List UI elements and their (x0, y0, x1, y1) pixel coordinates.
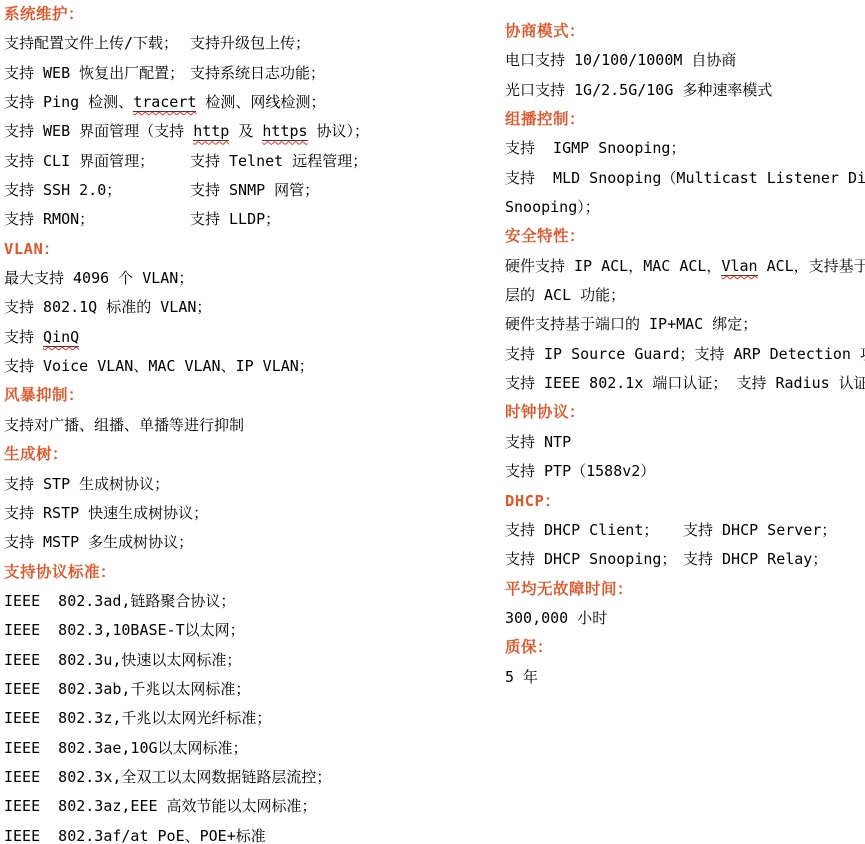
line-part-2: 支持 Radius 认证； (736, 374, 865, 392)
text-run: IEEE 802.3x,全双工以太网数据链路层流控； (4, 768, 331, 786)
section-title: 安全特性： (505, 222, 865, 251)
text-run: 支持 Radius 认证； (736, 374, 865, 392)
text-run: 协议）； (308, 122, 370, 140)
text-run: 支持 SNMP 网管； (190, 181, 319, 199)
line-part-2: 支持 DHCP Relay； (683, 550, 827, 568)
line-part-2: 支持 SNMP 网管； (190, 181, 319, 199)
text-run: 5 年 (505, 668, 538, 686)
underlined-term: PoE (158, 827, 185, 844)
text-run: IEEE 802.3z,千兆以太网光纤标准； (4, 709, 271, 727)
text-run: 支持 Telnet 远程管理； (190, 152, 367, 170)
text-run: 支持 DHCP Snooping； (505, 550, 676, 568)
line-part-1: 支持 DHCP Snooping； (505, 545, 683, 574)
text-run: IEEE 802.3ab,千兆以太网标准； (4, 680, 250, 698)
column-left: 系统维护：支持配置文件上传/下载；支持升级包上传；支持 WEB 恢复出厂配置；支… (4, 0, 452, 844)
text-run: 支持升级包上传； (190, 34, 310, 52)
spec-line: 电口支持 10/100/1000M 自协商 (505, 46, 865, 75)
text-run: 支持 LLDP； (190, 210, 280, 228)
spec-line: 支持 STP 生成树协议； (4, 470, 452, 499)
text-run: 硬件支持基于端口的 IP+MAC 绑定； (505, 315, 757, 333)
section-title: 平均无故障时间： (505, 575, 865, 604)
spec-line: 支持 CLI 界面管理；支持 Telnet 远程管理； (4, 147, 452, 176)
text-run: 支持 DHCP Relay； (683, 550, 827, 568)
text-run: 支持 IGMP Snooping； (505, 139, 685, 157)
text-run: IEEE 802.3az,EEE 高效节能以太网标准； (4, 797, 317, 815)
text-run: 支持 IEEE 802.1x 端口认证； (505, 374, 736, 392)
spec-line: 硬件支持基于端口的 IP+MAC 绑定； (505, 310, 865, 339)
line-part-2: 支持系统日志功能； (190, 64, 325, 82)
column-right: 协商模式：电口支持 10/100/1000M 自协商光口支持 1G/2.5G/1… (505, 17, 865, 692)
spec-line: IEEE 802.3,10BASE-T以太网； (4, 616, 452, 645)
text-run: 支持 WEB 恢复出厂配置； (4, 64, 184, 82)
text-run: 支持 STP 生成树协议； (4, 475, 169, 493)
text-run: 支持 MLD Snooping（Multicast Listener Disco… (505, 169, 865, 187)
underlined-term: Vlan (721, 257, 757, 276)
text-run: 支持 IP Source Guard； (505, 345, 695, 363)
spec-line: 支持 WEB 恢复出厂配置；支持系统日志功能； (4, 59, 452, 88)
text-run: 支持系统日志功能； (190, 64, 325, 82)
line-part-1: 支持 IEEE 802.1x 端口认证； (505, 369, 736, 398)
text-run: 支持 DHCP Server； (683, 521, 836, 539)
text-run: 支持 (4, 328, 43, 346)
section-title: 组播控制： (505, 105, 865, 134)
line-part-1: 支持 WEB 恢复出厂配置； (4, 59, 190, 88)
line-part-1: 支持 SSH 2.0； (4, 176, 190, 205)
spec-line: 支持 DHCP Client；支持 DHCP Server； (505, 516, 865, 545)
line-part-2: 支持 LLDP； (190, 210, 280, 228)
spec-line: IEEE 802.3az,EEE 高效节能以太网标准； (4, 792, 452, 821)
section-title: 系统维护： (4, 0, 452, 29)
text-run: 支持 RMON； (4, 210, 94, 228)
text-run: 300,000 小时 (505, 609, 607, 627)
text-run: ACL，支持基于三、四 (758, 257, 865, 275)
spec-line: 硬件支持 IP ACL，MAC ACL，Vlan ACL，支持基于三、四 (505, 252, 865, 281)
text-run: 支持对广播、组播、单播等进行抑制 (4, 416, 244, 434)
spec-line: 300,000 小时 (505, 604, 865, 633)
spec-line: 光口支持 1G/2.5G/10G 多种速率模式 (505, 76, 865, 105)
spec-line: Snooping）； (505, 193, 865, 222)
spec-line: 支持 MSTP 多生成树协议； (4, 528, 452, 557)
section-title: 支持协议标准： (4, 558, 452, 587)
spec-line: IEEE 802.3z,千兆以太网光纤标准； (4, 704, 452, 733)
section-title: 协商模式： (505, 17, 865, 46)
spec-line: 支持 802.1Q 标准的 VLAN； (4, 293, 452, 322)
underlined-term: tracert (133, 93, 196, 112)
text-run: 支持 CLI 界面管理； (4, 152, 154, 170)
line-part-1: 支持 CLI 界面管理； (4, 147, 190, 176)
section-title: 风暴抑制： (4, 381, 452, 410)
text-run: IEEE 802.3ae,10G以太网标准； (4, 739, 248, 757)
line-part-2: 支持 ARP Detection 功能； (695, 345, 865, 363)
text-run: 检测、网线检测； (196, 93, 325, 111)
line-part-1: 支持 RMON； (4, 205, 190, 234)
spec-line: 支持 IEEE 802.1x 端口认证； 支持 Radius 认证； (505, 369, 865, 398)
text-run: 硬件支持 IP ACL，MAC ACL， (505, 257, 721, 275)
text-run: 支持配置文件上传/下载； (4, 34, 178, 52)
line-part-2: 支持 Telnet 远程管理； (190, 152, 367, 170)
text-run: 层的 ACL 功能； (505, 286, 625, 304)
spec-line: 支持 SSH 2.0；支持 SNMP 网管； (4, 176, 452, 205)
text-run: 支持 SSH 2.0； (4, 181, 121, 199)
spec-line: 支持 Voice VLAN、MAC VLAN、IP VLAN； (4, 352, 452, 381)
line-part-1: 支持 IP Source Guard； (505, 340, 695, 369)
spec-line: IEEE 802.3ad,链路聚合协议； (4, 587, 452, 616)
spec-line: IEEE 802.3x,全双工以太网数据链路层流控； (4, 763, 452, 792)
spec-line: 支持 Ping 检测、tracert 检测、网线检测； (4, 88, 452, 117)
spec-line: 支持对广播、组播、单播等进行抑制 (4, 411, 452, 440)
text-run: 支持 WEB 界面管理（支持 (4, 122, 193, 140)
text-run: IEEE 802.3,10BASE-T以太网； (4, 621, 245, 639)
spec-line: 支持 QinQ (4, 323, 452, 352)
spec-line: IEEE 802.3af/at PoE、POE+标准 (4, 822, 452, 844)
text-run: 最大支持 4096 个 VLAN； (4, 269, 193, 287)
spec-line: 最大支持 4096 个 VLAN； (4, 264, 452, 293)
section-title: 时钟协议： (505, 398, 865, 427)
section-title: DHCP： (505, 487, 865, 516)
spec-line: 支持 RMON；支持 LLDP； (4, 205, 452, 234)
spec-line: 支持 MLD Snooping（Multicast Listener Disco… (505, 164, 865, 193)
spec-line: 5 年 (505, 663, 865, 692)
section-title: 质保： (505, 633, 865, 662)
spec-line: 支持 IP Source Guard；支持 ARP Detection 功能； (505, 340, 865, 369)
text-run: IEEE 802.3af/at (4, 827, 158, 844)
text-run: 支持 DHCP Client； (505, 521, 658, 539)
line-part-2: 支持升级包上传； (190, 34, 310, 52)
text-run: 支持 Ping 检测、 (4, 93, 133, 111)
spec-line: 层的 ACL 功能； (505, 281, 865, 310)
text-run: 支持 Voice VLAN、MAC VLAN、IP VLAN； (4, 357, 314, 375)
text-run: 支持 ARP Detection 功能； (695, 345, 865, 363)
text-run: 支持 PTP（1588v2） (505, 462, 655, 480)
spec-line: IEEE 802.3u,快速以太网标准； (4, 646, 452, 675)
underlined-term: QinQ (43, 328, 79, 347)
spec-line: IEEE 802.3ae,10G以太网标准； (4, 734, 452, 763)
spec-line: 支持 NTP (505, 428, 865, 457)
line-part-1: 支持 DHCP Client； (505, 516, 683, 545)
text-run: 支持 RSTP 快速生成树协议； (4, 504, 208, 522)
text-run: 光口支持 1G/2.5G/10G 多种速率模式 (505, 81, 772, 99)
line-part-1: 支持配置文件上传/下载； (4, 29, 190, 58)
spec-line: IEEE 802.3ab,千兆以太网标准； (4, 675, 452, 704)
spec-line: 支持 WEB 界面管理（支持 http 及 https 协议）； (4, 117, 452, 146)
text-run: 电口支持 10/100/1000M 自协商 (505, 51, 736, 69)
underlined-term: https (262, 122, 307, 141)
spec-line: 支持 DHCP Snooping；支持 DHCP Relay； (505, 545, 865, 574)
text-run: IEEE 802.3ad,链路聚合协议； (4, 592, 235, 610)
text-run: 支持 NTP (505, 433, 571, 451)
section-title: VLAN： (4, 235, 452, 264)
line-part-2: 支持 DHCP Server； (683, 521, 836, 539)
spec-line: 支持 IGMP Snooping； (505, 134, 865, 163)
section-title: 生成树： (4, 440, 452, 469)
text-run: IEEE 802.3u,快速以太网标准； (4, 651, 241, 669)
spec-line: 支持配置文件上传/下载；支持升级包上传； (4, 29, 452, 58)
text-run: Snooping）； (505, 198, 600, 216)
text-run: 支持 802.1Q 标准的 VLAN； (4, 298, 211, 316)
spec-line: 支持 RSTP 快速生成树协议； (4, 499, 452, 528)
text-run: 支持 MSTP 多生成树协议； (4, 533, 193, 551)
spec-line: 支持 PTP（1588v2） (505, 457, 865, 486)
text-run: 及 (229, 122, 262, 140)
spec-document: 系统维护：支持配置文件上传/下载；支持升级包上传；支持 WEB 恢复出厂配置；支… (0, 0, 865, 844)
underlined-term: http (193, 122, 229, 141)
text-run: 、POE+标准 (185, 827, 266, 844)
